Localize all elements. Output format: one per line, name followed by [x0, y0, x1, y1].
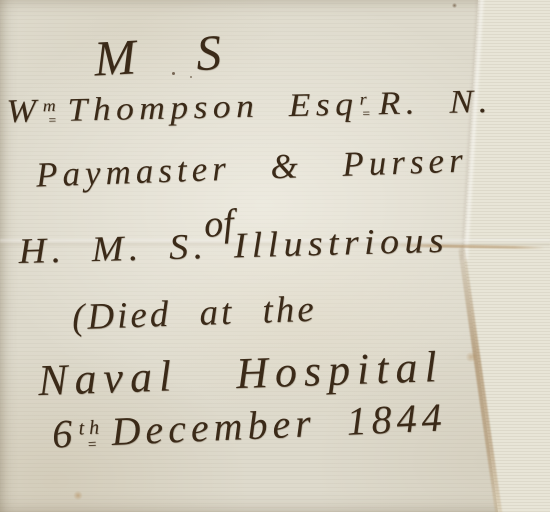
superscript-abbreviation-esqr: r=: [359, 91, 372, 120]
rank-line: Paymaster & Purser: [35, 140, 468, 195]
deceased-name-line: Wm=Thompson Esqr=R. N.: [6, 84, 493, 131]
manuscript-page: M S Wm=Thompson Esqr=R. N. Paymaster & P…: [0, 0, 550, 512]
name-suffix-rn: R. N.: [378, 84, 493, 122]
superscript-abbreviation-wm: m=: [43, 98, 62, 127]
crease-stain-blot: [465, 352, 477, 362]
date-month-year: December 1844: [110, 394, 447, 454]
paper-speck: [452, 3, 457, 8]
date-day: 6: [51, 411, 78, 457]
name-middle: Thompson Esq: [67, 87, 359, 129]
died-at-line: (Died at the: [71, 288, 317, 340]
superscript-abbreviation-6th: th=: [78, 417, 105, 453]
ship-name-line: H. M. S. Illustrious: [18, 219, 449, 272]
heading-initials: M S: [93, 23, 229, 88]
name-prefix: W: [6, 93, 42, 130]
foxing-spot: [73, 491, 83, 500]
